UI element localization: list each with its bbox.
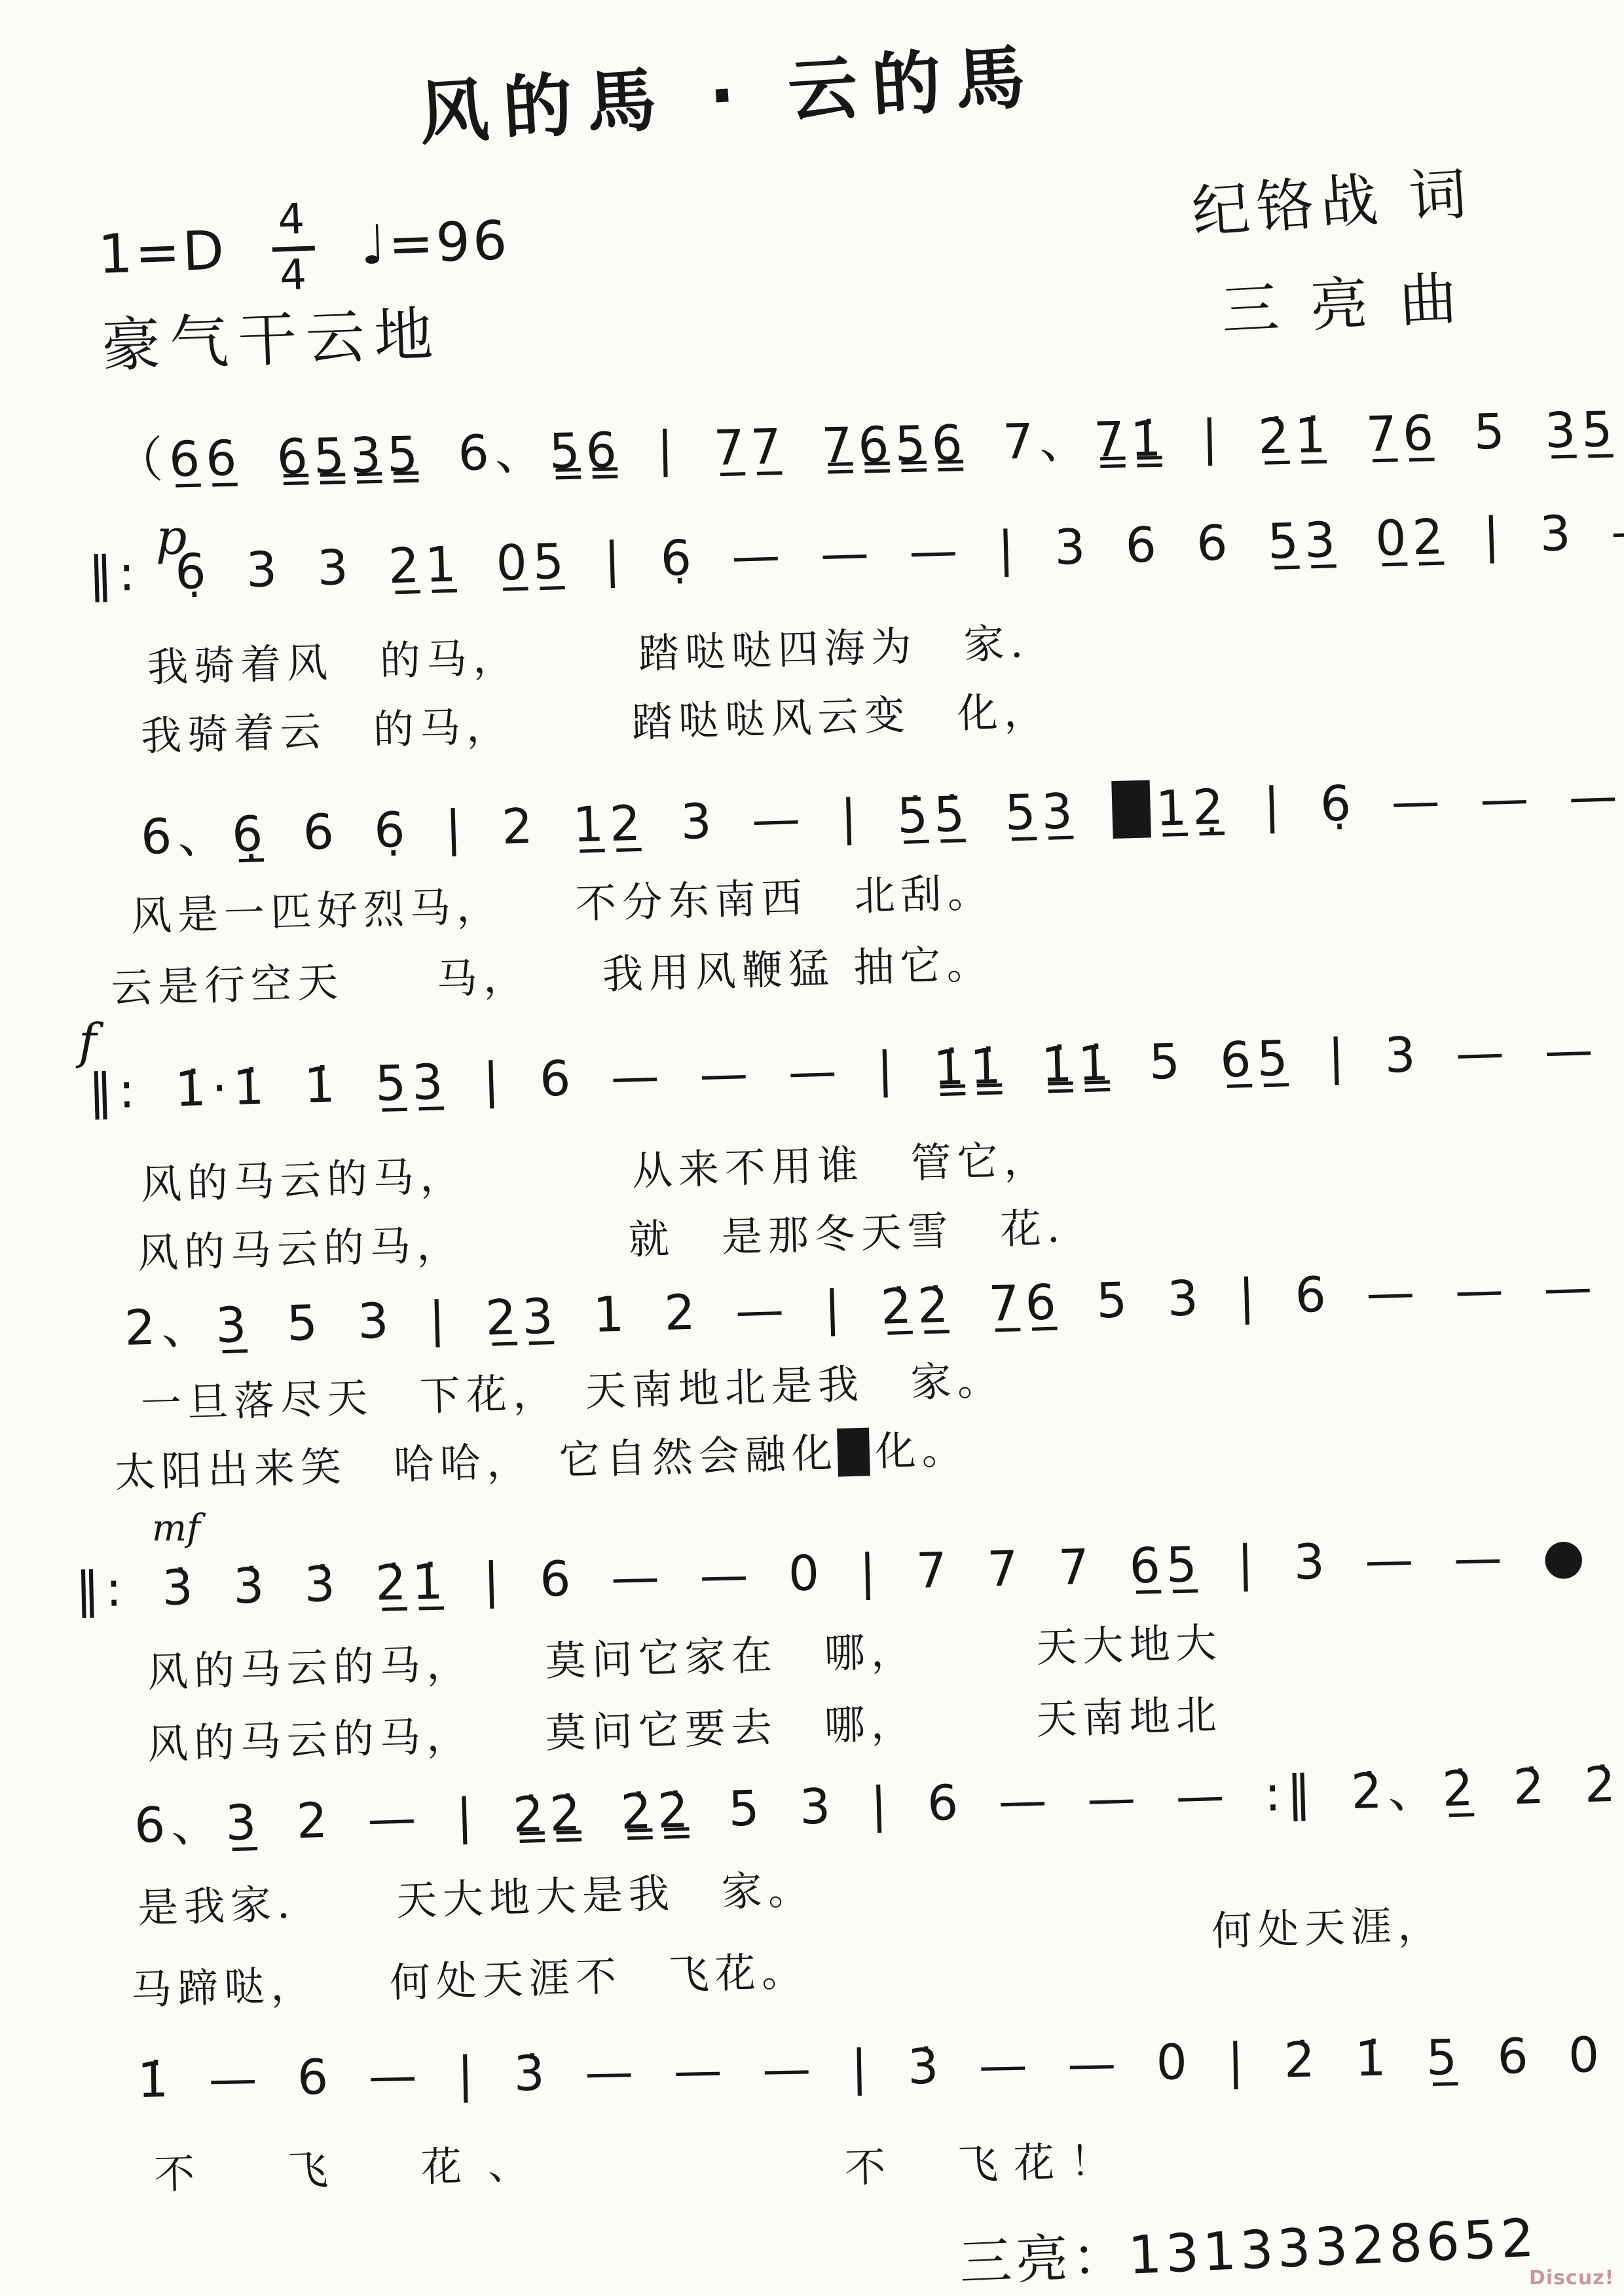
composer-credit: 三 亮 曲 <box>1219 253 1466 348</box>
time-signature-top: 4 <box>270 199 314 252</box>
spacer <box>227 249 272 250</box>
notation-line-5: ‖: 3̇ 3̇ 3̇ 2̲̇1̲̇ | 6 — — 0 | 7 7 7 6̲5… <box>75 1508 1624 1621</box>
dynamic-mf: mf <box>152 1507 200 1550</box>
discuz-watermark: Discuz! <box>1529 2267 1614 2289</box>
lyric-line-2b: 云是行空天 马， 我用风鞭猛 抽它。 <box>111 931 994 1014</box>
scanned-song-sheet: 风的馬 · 云的馬 纪铬战 词 三 亮 曲 1=D 4 4 ♩=96 豪气干云地… <box>0 0 1624 2296</box>
time-signature: 4 4 <box>270 199 316 298</box>
notation-line-1: ‖: 6̣ 3 3 2̲1̲ 0̲5̲ | 6̣ — — — | 3 6 6 5… <box>88 496 1624 603</box>
lyric-line-5a: 风的马云的马， 莫问它家在 哪， 天大地大 <box>147 1610 1223 1698</box>
notation-line-3: ‖: 1̇·1̇ 1̇ 5̲3̲ | 6 — — — | 1̳̇1̳̇ 1̳̇1… <box>88 1017 1624 1120</box>
intro-notation-line: （6̲6̲ 6̳5̳3̳5̳ 6、5̳6̳ | 7̲7̲ 7̳6̳5̳6̳ 7、… <box>114 380 1624 492</box>
lyric-line-4b: 太阳出来笑 哈哈， 它自然会融化█化。 <box>114 1417 969 1499</box>
lyric-line-6b: 马蹄哒， 何处天涯不 飞花。 <box>130 1939 809 2016</box>
lyric-line-1b: 我骑着云 的马， 踏哒哒风云变 化， <box>140 678 1051 762</box>
tempo-marking: ♩=96 <box>360 210 511 277</box>
notation-line-2: 6、6̲̣ 6 6̣ | 2 1̲2̲ 3 — | 5̲̇5̲̇ 5̲3̲ █1… <box>140 755 1624 868</box>
spacer <box>315 246 361 247</box>
song-title: 风的馬 · 云的馬 <box>416 21 1042 158</box>
key-signature: 1=D <box>97 219 227 286</box>
lyricist-credit: 纪铬战 词 <box>1189 147 1476 249</box>
lyric-line-5b: 风的马云的马， 莫问它要去 哪， 天南地北 <box>147 1682 1223 1770</box>
lyric-line-6a: 是我家． 天大地大是我 家。 <box>137 1857 815 1934</box>
composer-phone-signature: 三亮：13133328652 <box>957 2196 1539 2296</box>
lyric-line-7a: 不 飞 花、 <box>153 2131 555 2200</box>
lyric-line-6-right: 何处天涯， <box>1211 1892 1445 1957</box>
lyric-line-7b: 不 飞花！ <box>844 2128 1127 2194</box>
lyric-line-3a: 风的马云的马， 从来不用谁 管它， <box>140 1127 1051 1211</box>
dynamic-f: f <box>79 1013 96 1070</box>
lyric-line-1a: 我骑着风 的马， 踏哒哒四海为 家． <box>147 610 1058 693</box>
lyric-line-4a: 一旦落尽天 下花， 天南地北是我 家。 <box>140 1347 1005 1430</box>
key-tempo-line: 1=D 4 4 ♩=96 <box>96 192 511 304</box>
notation-line-7: 1̇ — 6 — | 3̇ — — — | 3̇ — — 0 | 2̇ 1̇ 5… <box>137 2026 1624 2109</box>
lyric-line-2a: 风是一匹好烈马， 不分东南西 北刮。 <box>130 860 995 942</box>
expression-marking: 豪气干云地 <box>100 286 443 383</box>
